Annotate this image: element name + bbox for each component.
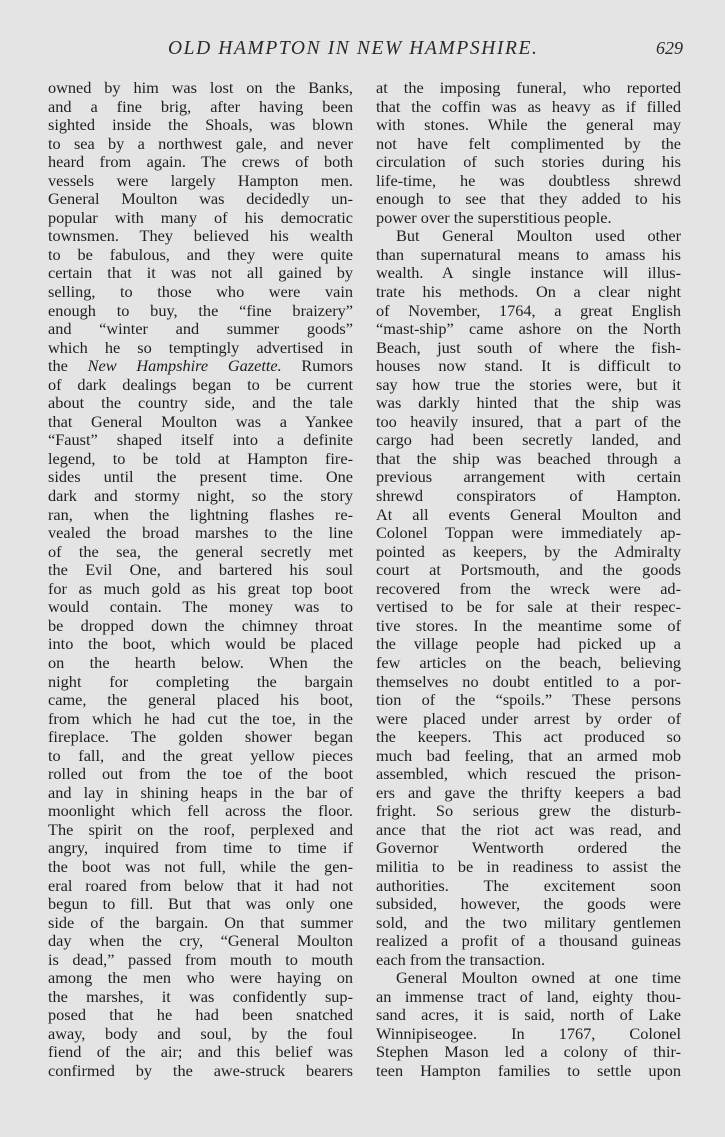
text-line: rolled out from the toe of the boot <box>48 765 353 784</box>
text-line: shrewd conspirators of Hampton. <box>376 487 681 506</box>
text-line: were placed under arrest by order of <box>376 710 681 729</box>
text-line: to be fabulous, and they were quite <box>48 246 353 265</box>
text-line: sighted inside the Shoals, was blown <box>48 116 353 135</box>
text-line: dark and stormy night, so the story <box>48 487 353 506</box>
text-line: ers and gave the thrifty keepers a bad <box>376 784 681 803</box>
text-line: too heavily insured, that a part of the <box>376 413 681 432</box>
text-line: from which he had cut the toe, in the <box>48 710 353 729</box>
text-line: side of the bargain. On that summer <box>48 914 353 933</box>
running-head: OLD HAMPTON IN NEW HAMPSHIRE. 629 <box>0 38 725 68</box>
text-line: circulation of such stories during his <box>376 153 681 172</box>
text-line: enough to see that they added to his <box>376 190 681 209</box>
text-line: Beach, just south of where the fish- <box>376 339 681 358</box>
text-line: owned by him was lost on the Banks, <box>48 79 353 98</box>
text-line: about the country side, and the tale <box>48 394 353 413</box>
text-line: the Evil One, and bartered his soul <box>48 561 353 580</box>
text-line: to fall, and the great yellow pieces <box>48 747 353 766</box>
text-line: previous arrangement with certain <box>376 468 681 487</box>
text-line: not have felt complimented by the <box>376 135 681 154</box>
text-line: confirmed by the awe-struck bearers <box>48 1062 353 1081</box>
text-line: vertised to be for sale at their respec- <box>376 598 681 617</box>
text-line: Stephen Mason led a colony of thir- <box>376 1043 681 1062</box>
text-line: townsmen. They believed his wealth <box>48 227 353 246</box>
text-line: tive stores. In the meantime some of <box>376 617 681 636</box>
text-line: on the hearth below. When the <box>48 654 353 673</box>
text-line: much bad feeling, that an armed mob <box>376 747 681 766</box>
text-line: with stones. While the general may <box>376 116 681 135</box>
text-line: heard from again. The crews of both <box>48 153 353 172</box>
text-line: “Faust” shaped itself into a definite <box>48 431 353 450</box>
text-line: at the imposing funeral, who reported <box>376 79 681 98</box>
text-line: General Moulton owned at one time <box>376 969 681 988</box>
text-line: night for completing the bargain <box>48 673 353 692</box>
text-line: militia to be in readiness to assist the <box>376 858 681 877</box>
text-line: moonlight which fell across the floor. <box>48 802 353 821</box>
text-line: that General Moulton was a Yankee <box>48 413 353 432</box>
text-line: “mast-ship” came ashore on the North <box>376 320 681 339</box>
text-line: At all events General Moulton and <box>376 506 681 525</box>
text-line: realized a profit of a thousand guineas <box>376 932 681 951</box>
text-line: court at Portsmouth, and the goods <box>376 561 681 580</box>
text-line: that the ship was beached through a <box>376 450 681 469</box>
text-line: Winnipiseogee. In 1767, Colonel <box>376 1025 681 1044</box>
text-line: would contain. The money was to <box>48 598 353 617</box>
text-line: posed that he had been snatched <box>48 1006 353 1025</box>
text-line: subsided, however, the goods were <box>376 895 681 914</box>
left-column: owned by him was lost on the Banks,and a… <box>48 79 353 1081</box>
right-column: at the imposing funeral, who reportedtha… <box>376 79 681 1081</box>
text-line: few articles on the beach, believing <box>376 654 681 673</box>
text-line: Colonel Toppan were immediately ap- <box>376 524 681 543</box>
text-line: pointed as keepers, by the Admiralty <box>376 543 681 562</box>
text-line: the village people had picked up a <box>376 635 681 654</box>
text-line: legend, to be told at Hampton fire- <box>48 450 353 469</box>
text-line: that the coffin was as heavy as if fille… <box>376 98 681 117</box>
text-line: teen Hampton families to settle upon <box>376 1062 681 1081</box>
text-line: enough to buy, the “fine braizery” <box>48 302 353 321</box>
text-line: the New Hampshire Gazette. Rumors <box>48 357 353 376</box>
text-line: for as much gold as his great top boot <box>48 580 353 599</box>
text-line: themselves no doubt entitled to a por- <box>376 673 681 692</box>
text-line: each from the transaction. <box>376 951 681 970</box>
text-line: ance that the riot act was read, and <box>376 821 681 840</box>
text-line: authorities. The excitement soon <box>376 877 681 896</box>
text-line: among the men who were haying on <box>48 969 353 988</box>
text-line: is dead,” passed from mouth to mouth <box>48 951 353 970</box>
text-line: angry, inquired from time to time if <box>48 839 353 858</box>
text-line: be dropped down the chimney throat <box>48 617 353 636</box>
newspaper-title: New Hampshire Gazette. <box>88 356 282 375</box>
text-line: certain that it was not all gained by <box>48 264 353 283</box>
text-line: fiend of the air; and this belief was <box>48 1043 353 1062</box>
text-line: say how true the stories were, but it <box>376 376 681 395</box>
text-line: of the sea, the general secretly met <box>48 543 353 562</box>
text-line: of dark dealings began to be current <box>48 376 353 395</box>
text-line: an immense tract of land, eighty thou- <box>376 988 681 1007</box>
text-line: recovered from the wreck were ad- <box>376 580 681 599</box>
text-line: away, body and soul, by the foul <box>48 1025 353 1044</box>
text-line: vealed the broad marshes to the line <box>48 524 353 543</box>
text-line: eral roared from below that it had not <box>48 877 353 896</box>
text-line: and “winter and summer goods” <box>48 320 353 339</box>
text-line: which he so temptingly advertised in <box>48 339 353 358</box>
text-line: and a fine brig, after having been <box>48 98 353 117</box>
text-line: assembled, which rescued the prison- <box>376 765 681 784</box>
text-line: Governor Wentworth ordered the <box>376 839 681 858</box>
text-line: sold, and the two military gentlemen <box>376 914 681 933</box>
running-title: OLD HAMPTON IN NEW HAMPSHIRE. <box>168 38 538 60</box>
text-line: into the boot, which would be placed <box>48 635 353 654</box>
text-line: and lay in shining heaps in the bar of <box>48 784 353 803</box>
text-line: The spirit on the roof, perplexed and <box>48 821 353 840</box>
page-number: 629 <box>656 38 683 59</box>
text-line: ran, when the lightning flashes re- <box>48 506 353 525</box>
text-line: than supernatural means to amass his <box>376 246 681 265</box>
text-line: life-time, he was doubtless shrewd <box>376 172 681 191</box>
text-line: begun to fill. But that was only one <box>48 895 353 914</box>
text-line: But General Moulton used other <box>376 227 681 246</box>
text-line: fireplace. The golden shower began <box>48 728 353 747</box>
text-line: day when the cry, “General Moulton <box>48 932 353 951</box>
text-line: fright. So serious grew the disturb- <box>376 802 681 821</box>
text-line: General Moulton was decidedly un- <box>48 190 353 209</box>
text-line: houses now stand. It is difficult to <box>376 357 681 376</box>
text-line: trate his methods. On a clear night <box>376 283 681 302</box>
text-line: sides until the present time. One <box>48 468 353 487</box>
text-line: vessels were largely Hampton men. <box>48 172 353 191</box>
text-line: came, the general placed his boot, <box>48 691 353 710</box>
text-line: power over the superstitious people. <box>376 209 681 228</box>
text-line: popular with many of his democratic <box>48 209 353 228</box>
text-line: the boot was not full, while the gen- <box>48 858 353 877</box>
text-line: was darkly hinted that the ship was <box>376 394 681 413</box>
text-line: the keepers. This act produced so <box>376 728 681 747</box>
text-line: sand acres, it is said, north of Lake <box>376 1006 681 1025</box>
text-line: cargo had been secretly landed, and <box>376 431 681 450</box>
text-line: wealth. A single instance will illus- <box>376 264 681 283</box>
text-line: to sea by a northwest gale, and never <box>48 135 353 154</box>
text-line: of November, 1764, a great English <box>376 302 681 321</box>
text-line: tion of the “spoils.” These persons <box>376 691 681 710</box>
text-line: the marshes, it was confidently sup- <box>48 988 353 1007</box>
text-line: selling, to those who were vain <box>48 283 353 302</box>
